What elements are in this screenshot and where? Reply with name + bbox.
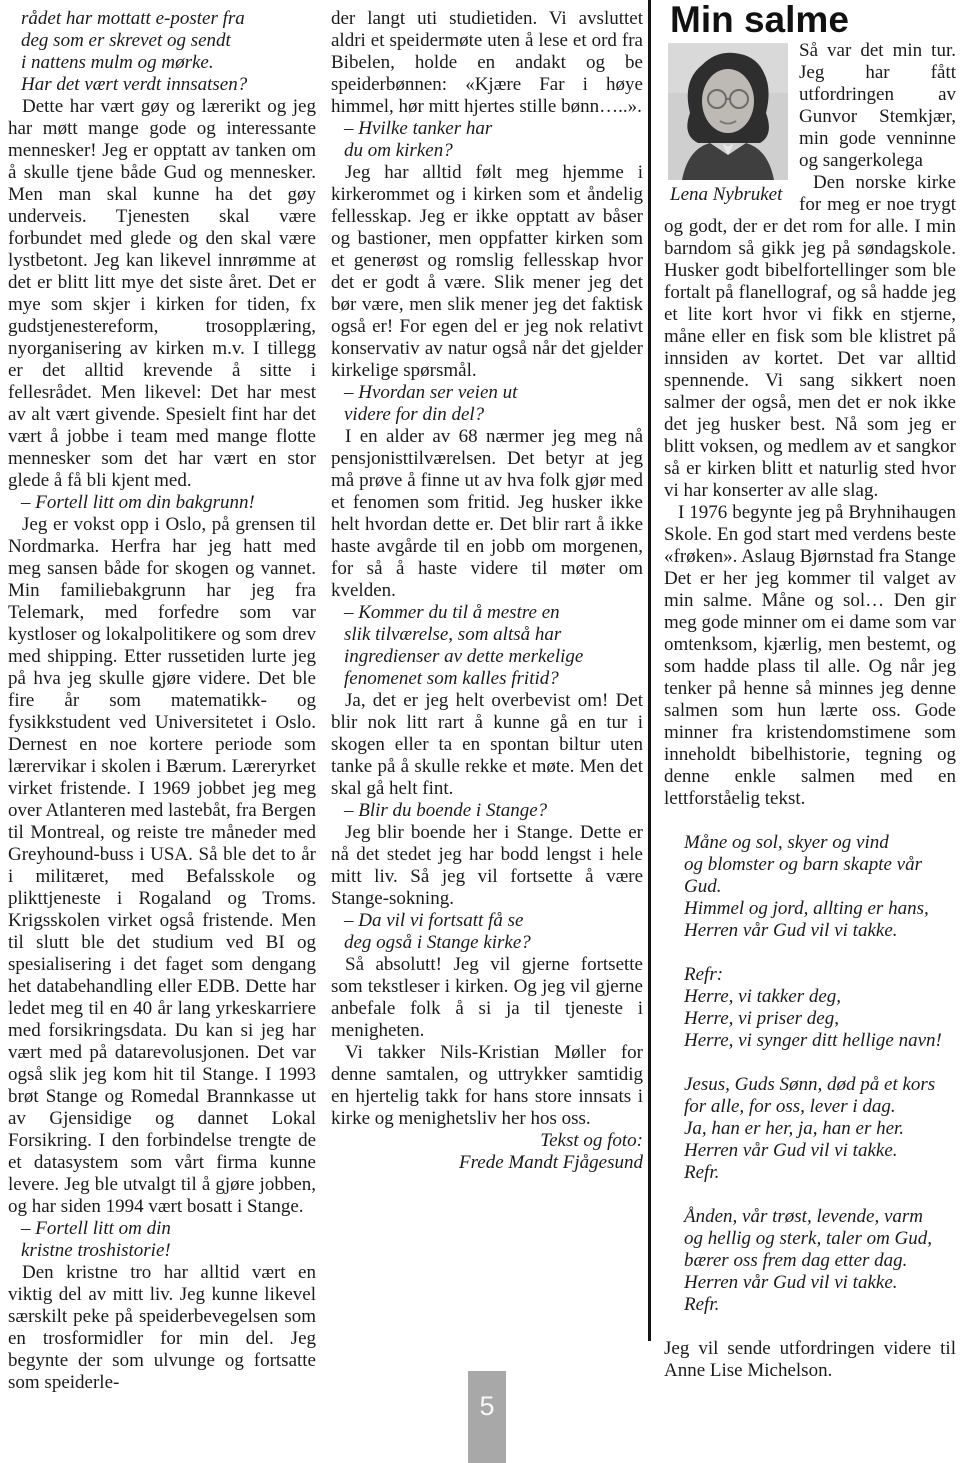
interview-question: – Da vil vi fortsatt få se deg også i St… <box>331 910 643 954</box>
hymn-verse: Ånden, vår trøst, levende, varm og helli… <box>684 1206 956 1316</box>
column-divider <box>648 0 651 1341</box>
photo-caption: Lena Nybruket <box>670 182 790 208</box>
column-right: Min salme Lena Nybruket Så var det min t… <box>664 0 956 1382</box>
portrait-figure: Lena Nybruket <box>668 43 790 208</box>
interview-question: – Hvilke tanker har du om kirken? <box>331 118 643 162</box>
interview-question: – Kommer du til å mestre en slik tilvære… <box>331 602 643 690</box>
hymn-verse: Måne og sol, skyer og vind og blomster o… <box>684 832 956 942</box>
portrait-photo <box>668 43 788 180</box>
paragraph: Så absolutt! Jeg vil gjerne fortsette so… <box>331 954 643 1042</box>
interview-question: – Fortell litt om din bakgrunn! <box>8 492 316 514</box>
column-middle: der langt uti studietiden. Vi avsluttet … <box>331 8 643 1174</box>
lead-quote: rådet har mottatt e-poster fra deg som e… <box>8 8 316 96</box>
paragraph: Vi takker Nils-Kristian Møller for denne… <box>331 1042 643 1130</box>
magazine-page: rådet har mottatt e-poster fra deg som e… <box>0 0 960 1463</box>
hymn-verse: Refr: Herre, vi takker deg, Herre, vi pr… <box>684 964 956 1052</box>
column-right-text: Så var det min tur. Jeg har fått utfordr… <box>664 40 956 1382</box>
paragraph: Jeg er vokst opp i Oslo, på grensen til … <box>8 514 316 1218</box>
paragraph: Jeg vil sende utfordringen videre til An… <box>664 1338 956 1382</box>
section-title: Min salme <box>670 0 956 40</box>
paragraph: I en alder av 68 nærmer jeg meg nå pensj… <box>331 426 643 602</box>
hymn-verse: Jesus, Guds Sønn, død på et kors for all… <box>684 1074 956 1184</box>
paragraph: der langt uti studietiden. Vi avsluttet … <box>331 8 643 118</box>
paragraph: I 1976 begynte jeg på Bryhnihaugen Skole… <box>664 502 956 810</box>
paragraph: Den kristne tro har alltid vært en vikti… <box>8 1262 316 1394</box>
page-number-box: 5 <box>468 1371 506 1463</box>
column-left: rådet har mottatt e-poster fra deg som e… <box>8 8 316 1394</box>
byline-credit: Tekst og foto: Frede Mandt Fjågesund <box>331 1130 643 1174</box>
interview-question: – Blir du boende i Stange? <box>331 800 643 822</box>
page-number: 5 <box>479 1393 494 1420</box>
interview-question: – Hvordan ser veien ut videre for din de… <box>331 382 643 426</box>
paragraph: Den norske kirke for meg er noe trygt og… <box>664 172 956 502</box>
paragraph: Ja, det er jeg helt overbevist om! Det b… <box>331 690 643 800</box>
interview-question: – Fortell litt om din kristne troshistor… <box>8 1218 316 1262</box>
paragraph: Jeg blir boende her i Stange. Dette er n… <box>331 822 643 910</box>
paragraph: Jeg har alltid følt meg hjemme i kirkero… <box>331 162 643 382</box>
paragraph: Dette har vært gøy og lærerikt og jeg ha… <box>8 96 316 492</box>
